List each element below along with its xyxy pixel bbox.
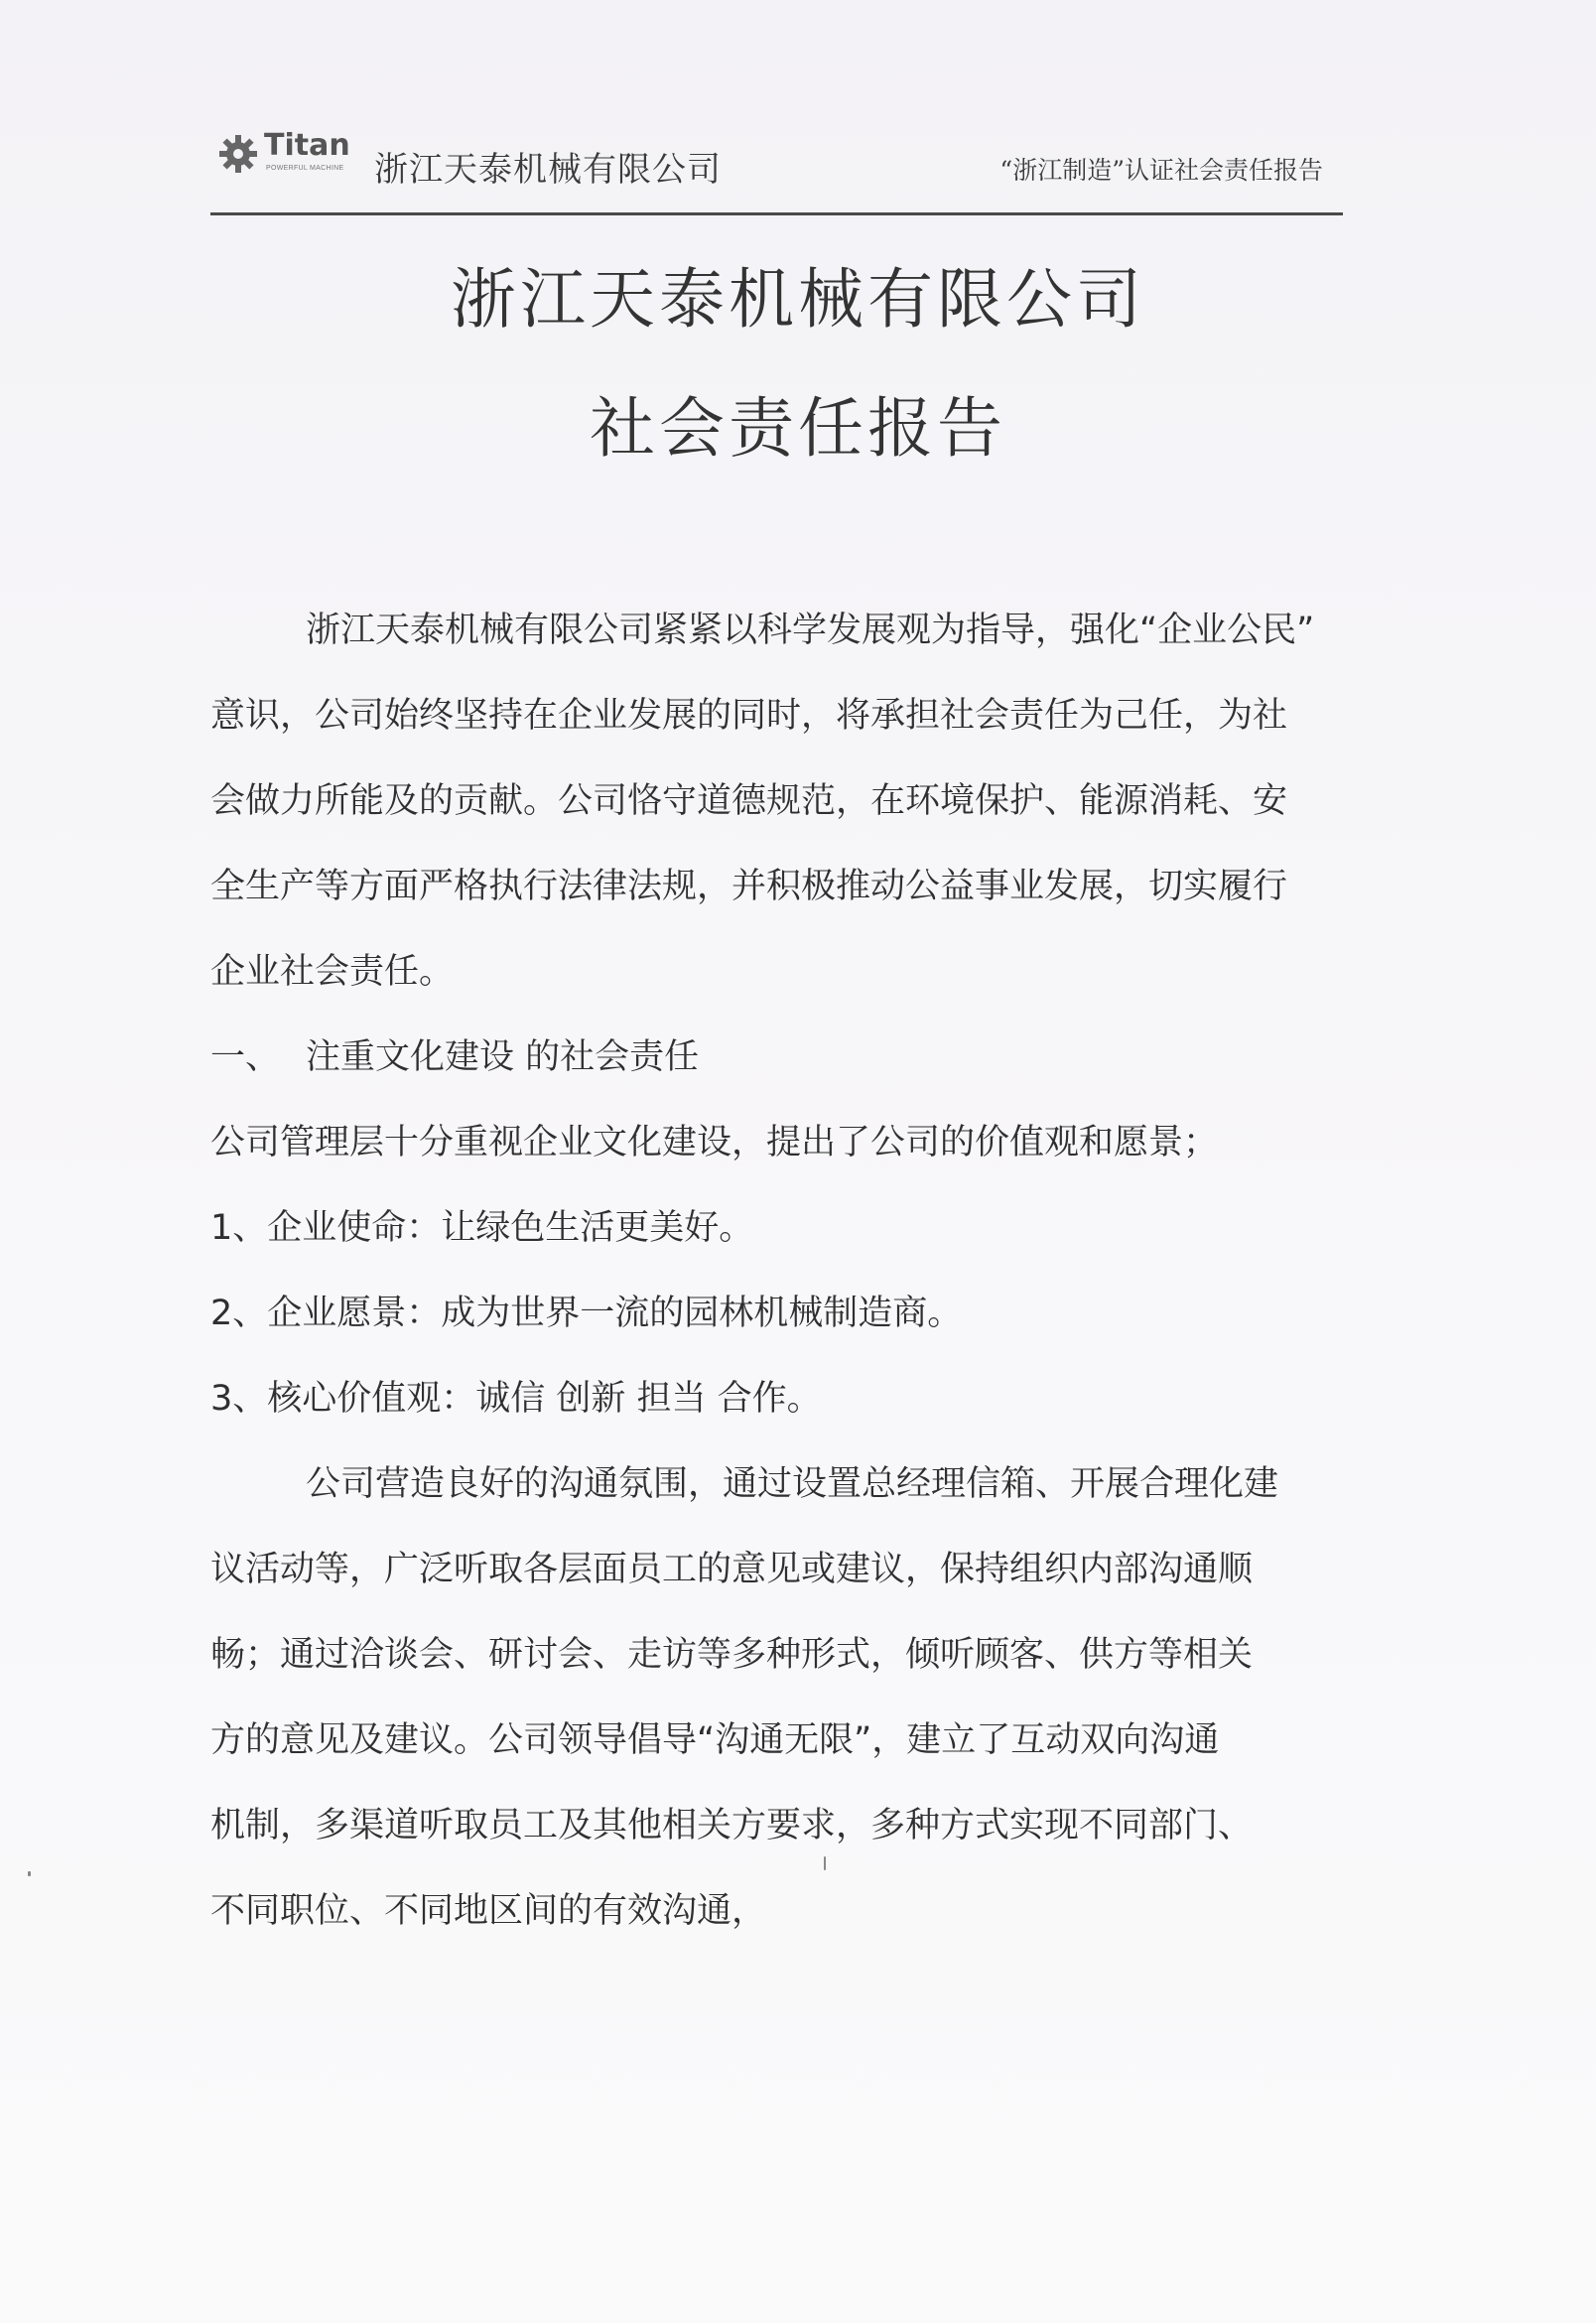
intro-paragraph-line: 企业社会责任。 bbox=[210, 929, 1411, 1015]
communication-paragraph-line: 不同职位、不同地区间的有效沟通， bbox=[210, 1868, 1411, 1954]
scan-speck bbox=[824, 1856, 826, 1870]
header-divider bbox=[210, 212, 1343, 215]
section-number: 一、 bbox=[210, 1015, 306, 1100]
communication-paragraph-line: 公司营造良好的沟通氛围，通过设置总经理信箱、开展合理化建 bbox=[210, 1441, 1411, 1527]
intro-paragraph-line: 会做力所能及的贡献。公司恪守道德规范，在环境保护、能源消耗、安 bbox=[210, 758, 1411, 844]
list-item-values: 3、核心价值观：诚信 创新 担当 合作。 bbox=[210, 1356, 1411, 1441]
section-intro: 公司管理层十分重视企业文化建设，提出了公司的价值观和愿景； bbox=[210, 1100, 1411, 1185]
document-page: Titan POWERFUL MACHINE 浙江天泰机械有限公司 “浙江制造”… bbox=[0, 0, 1596, 2323]
section-heading: 一、注重文化建设 的社会责任 bbox=[210, 1015, 1411, 1100]
intro-paragraph-line: 浙江天泰机械有限公司紧紧以科学发展观为指导，强化“企业公民” bbox=[210, 588, 1411, 673]
document-title-report: 社会责任报告 bbox=[0, 375, 1596, 470]
communication-paragraph-line: 畅；通过洽谈会、研讨会、走访等多种形式，倾听顾客、供方等相关 bbox=[210, 1612, 1411, 1698]
page-header: Titan POWERFUL MACHINE 浙江天泰机械有限公司 “浙江制造”… bbox=[210, 124, 1343, 194]
list-item-vision: 2、企业愿景：成为世界一流的园林机械制造商。 bbox=[210, 1271, 1411, 1356]
communication-paragraph-line: 方的意见及建议。公司领导倡导“沟通无限”，建立了互动双向沟通 bbox=[210, 1698, 1411, 1783]
section-heading-text: 注重文化建设 的社会责任 bbox=[306, 1037, 699, 1077]
header-company-name: 浙江天泰机械有限公司 bbox=[374, 142, 722, 191]
document-title-company: 浙江天泰机械有限公司 bbox=[0, 246, 1596, 341]
logo-tagline: POWERFUL MACHINE bbox=[266, 165, 343, 172]
communication-paragraph-line: 议活动等，广泛听取各层面员工的意见或建议，保持组织内部沟通顺 bbox=[210, 1527, 1411, 1612]
titan-logo: Titan POWERFUL MACHINE bbox=[218, 132, 357, 180]
intro-paragraph-line: 全生产等方面严格执行法律法规，并积极推动公益事业发展，切实履行 bbox=[210, 844, 1411, 929]
gear-icon bbox=[218, 134, 258, 174]
intro-paragraph-line: 意识，公司始终坚持在企业发展的同时，将承担社会责任为己任，为社 bbox=[210, 673, 1411, 758]
logo-wordmark: Titan bbox=[264, 128, 350, 163]
communication-paragraph-line: 机制，多渠道听取员工及其他相关方要求，多种方式实现不同部门、 bbox=[210, 1783, 1411, 1868]
list-item-mission: 1、企业使命：让绿色生活更美好。 bbox=[210, 1185, 1411, 1271]
document-body: 浙江天泰机械有限公司紧紧以科学发展观为指导，强化“企业公民” 意识，公司始终坚持… bbox=[210, 588, 1411, 1954]
scan-speck bbox=[28, 1871, 31, 1876]
header-report-label: “浙江制造”认证社会责任报告 bbox=[999, 151, 1323, 187]
